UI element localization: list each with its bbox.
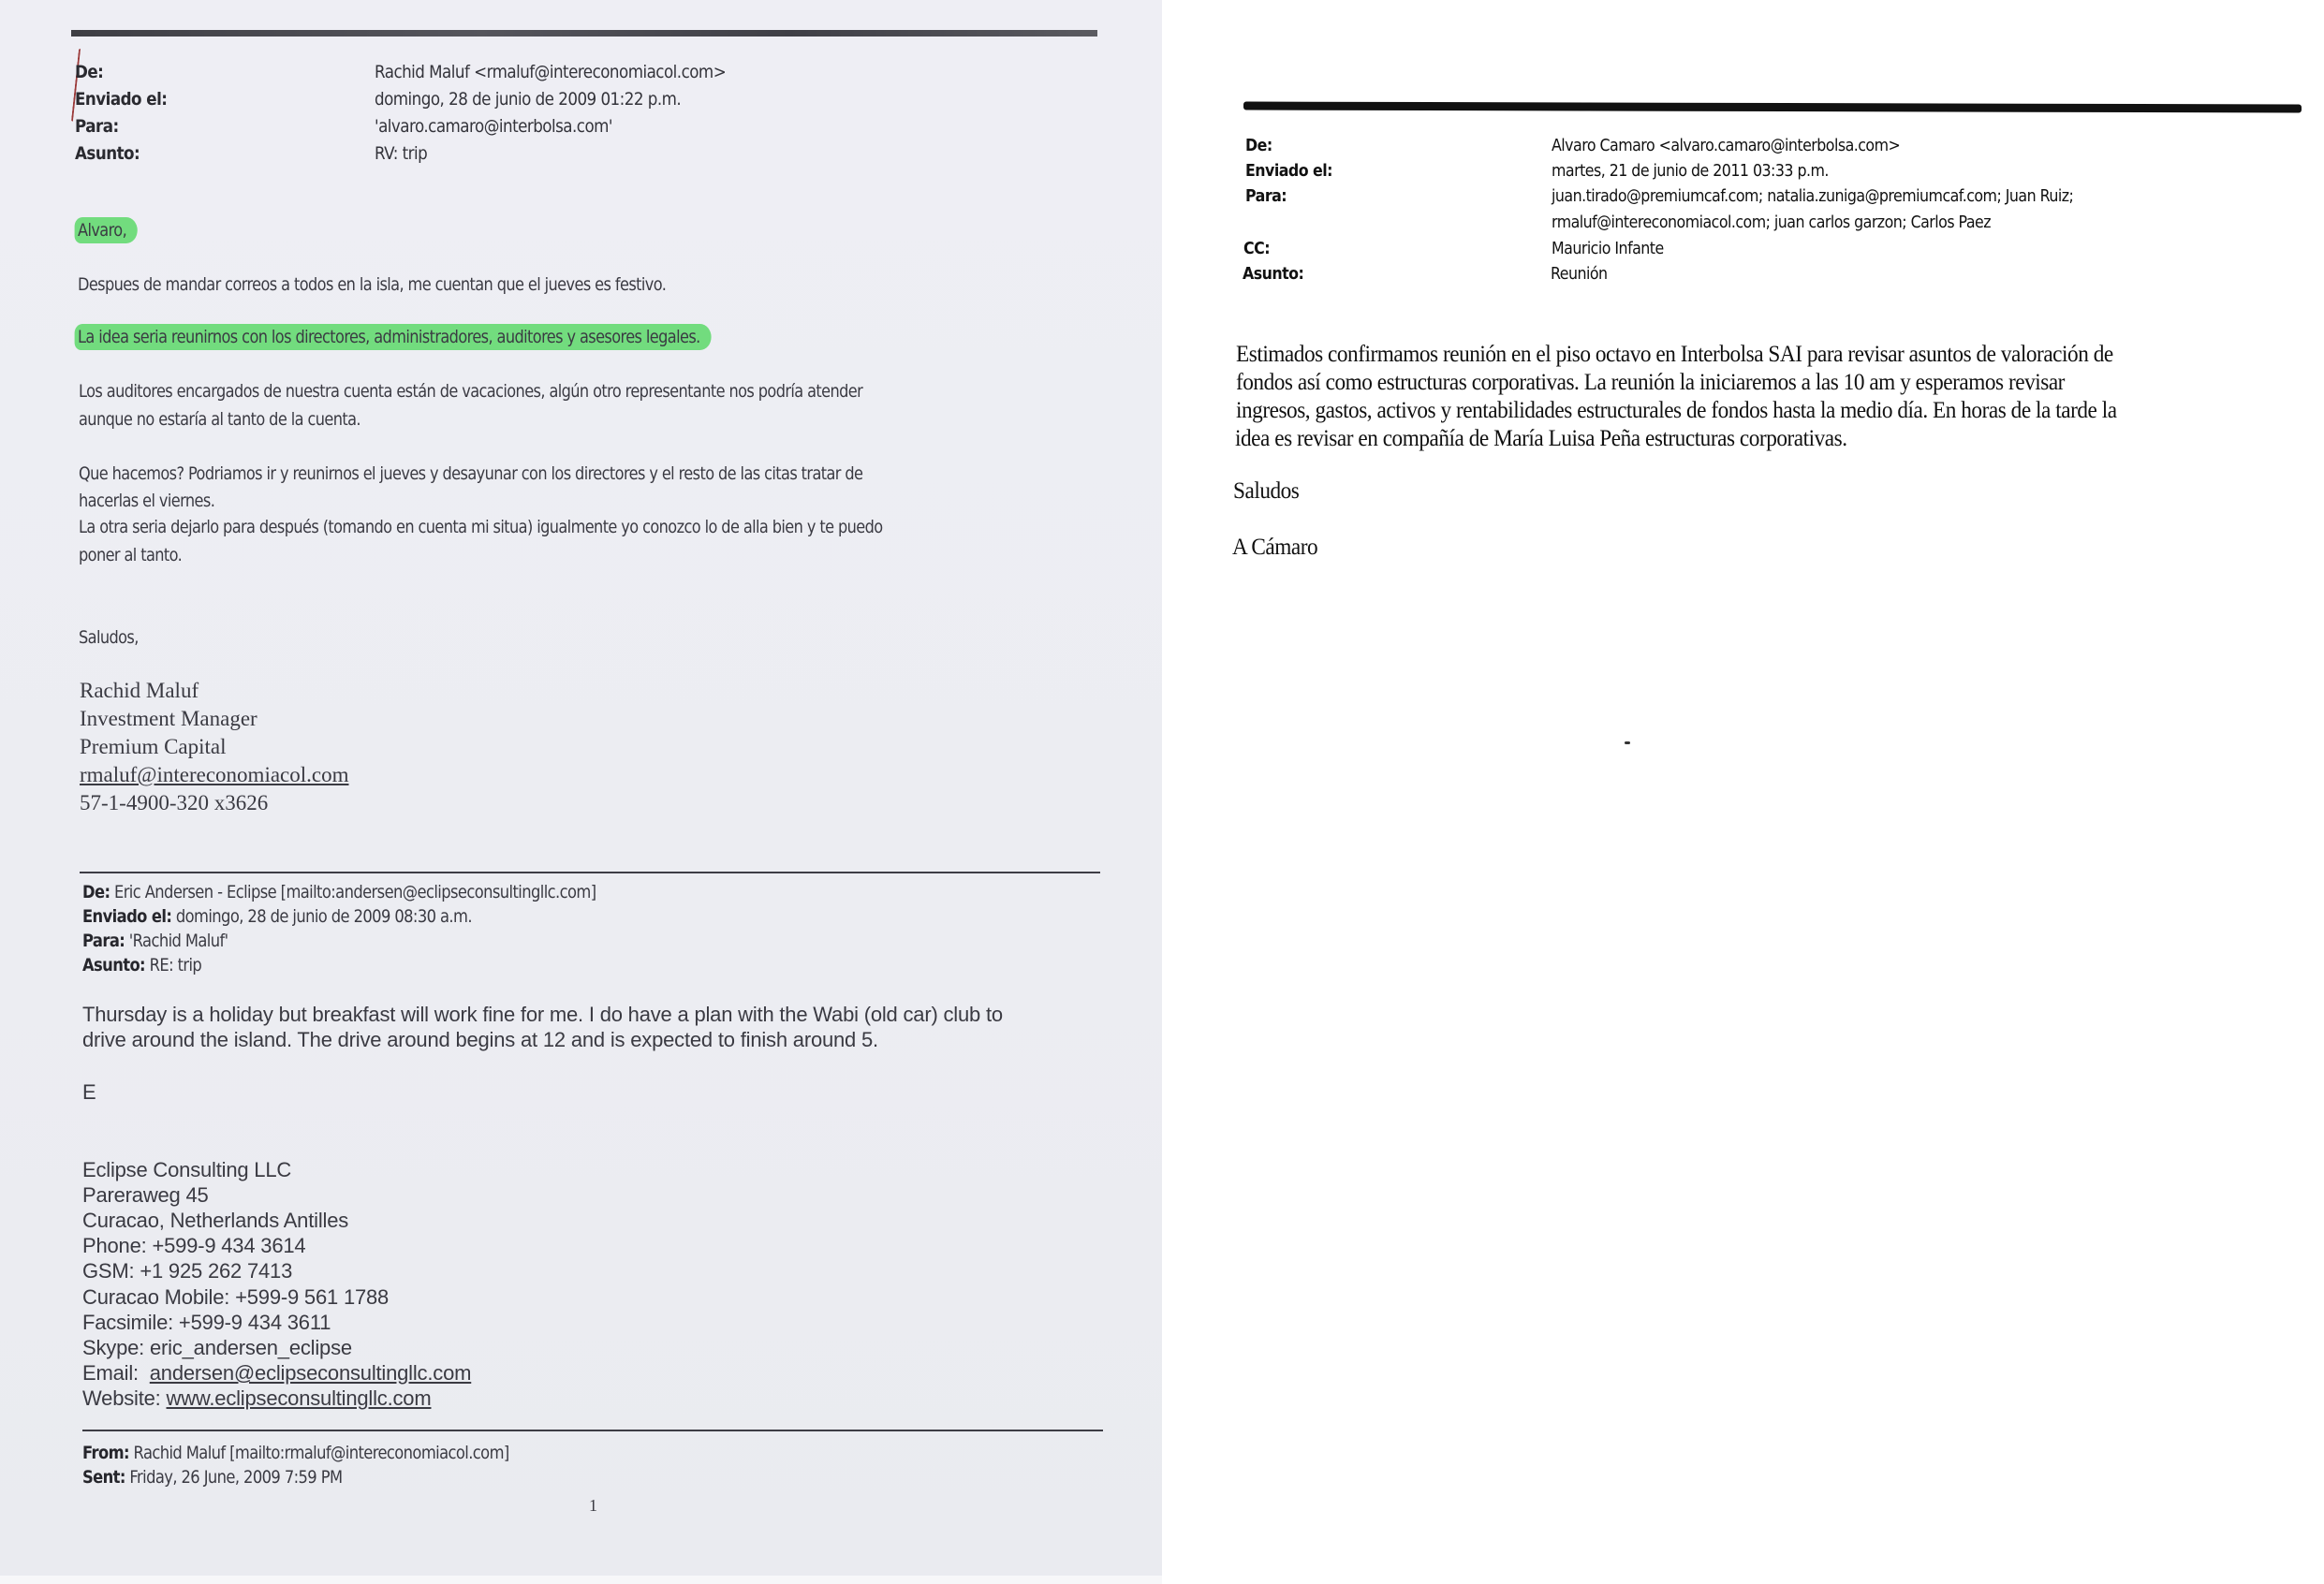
right-header-sent-value: martes, 21 de junio de 2011 03:33 p.m. (1552, 161, 1829, 181)
original-sent-value: Friday, 26 June, 2009 7:59 PM (129, 1467, 342, 1488)
body-paragraph-5-line-2: poner al tanto. (79, 545, 182, 565)
body-paragraph-3-line-1: Los auditores encargados de nuestra cuen… (79, 381, 862, 402)
body-paragraph-1: Despues de mandar correos a todos en la … (78, 274, 666, 295)
signature-company: Premium Capital (80, 735, 227, 759)
reply-label-sent: Enviado el: (82, 906, 171, 927)
reply-label-subject: Asunto: (82, 955, 145, 975)
signature-email-link[interactable]: rmaluf@intereconomiacol.com (80, 763, 349, 786)
body-paragraph-2: La idea seria reunirnos con los director… (78, 327, 712, 347)
right-scanned-page (1162, 0, 2324, 1584)
original-from-value: Rachid Maluf [mailto:rmaluf@intereconomi… (134, 1443, 509, 1463)
header-rule (71, 30, 1097, 37)
header-label-subject: Asunto: (75, 143, 140, 164)
reply-body-line-2: drive around the island. The drive aroun… (82, 1028, 878, 1052)
pen-mark (71, 49, 84, 122)
reply-subject-value: RE: trip (150, 955, 202, 975)
scan-speck (1625, 741, 1630, 744)
eclipse-email-label: Email: (82, 1361, 139, 1385)
highlighted-greeting: Alvaro, (75, 217, 138, 243)
page-number: 1 (589, 1496, 597, 1516)
right-closing: Saludos (1233, 478, 1299, 505)
right-signature: A Cámaro (1232, 535, 1317, 561)
right-header-to-value-line-2: rmaluf@intereconomiacol.com; juan carlos… (1552, 213, 1991, 232)
right-header-label-subject: Asunto: (1243, 264, 1303, 284)
original-label-from: From: (82, 1443, 129, 1463)
eclipse-email-link[interactable]: andersen@eclipseconsultingllc.com (150, 1361, 471, 1385)
reply-separator-rule (80, 872, 1100, 873)
body-paragraph-4-line-1: Que hacemos? Podriamos ir y reunirnos el… (79, 463, 862, 484)
reply-header-from: De: Eric Andersen - Eclipse [mailto:ande… (82, 882, 596, 902)
reply-sent-value: domingo, 28 de junio de 2009 08:30 a.m. (176, 906, 472, 927)
reply-label-from: De: (82, 882, 110, 902)
signature-title: Investment Manager (80, 707, 257, 731)
header-from-value: Rachid Maluf <rmaluf@intereconomiacol.co… (375, 62, 726, 82)
original-sent: Sent: Friday, 26 June, 2009 7:59 PM (82, 1467, 342, 1488)
eclipse-website-link[interactable]: www.eclipseconsultingllc.com (167, 1386, 432, 1410)
body-paragraph-3-line-2: aunque no estaría al tanto de la cuenta. (79, 409, 360, 430)
eclipse-skype: Skype: eric_andersen_eclipse (82, 1336, 352, 1360)
original-from: From: Rachid Maluf [mailto:rmaluf@intere… (82, 1443, 509, 1463)
signature-name: Rachid Maluf (80, 679, 199, 703)
body-paragraph-5-line-1: La otra seria dejarlo para después (toma… (79, 517, 883, 537)
reply-body-line-1: Thursday is a holiday but breakfast will… (82, 1003, 1003, 1027)
eclipse-fax: Facsimile: +599-9 434 3611 (82, 1311, 331, 1335)
eclipse-website-label: Website: (82, 1386, 161, 1410)
reply-header-to: Para: 'Rachid Maluf' (82, 931, 228, 951)
reply-from-value: Eric Andersen - Eclipse [mailto:andersen… (114, 882, 596, 902)
reply-header-subject: Asunto: RE: trip (82, 955, 201, 975)
eclipse-address-1: Pareraweg 45 (82, 1183, 209, 1208)
right-header-cc-value: Mauricio Infante (1552, 239, 1664, 258)
right-header-subject-value: Reunión (1551, 264, 1608, 284)
original-label-sent: Sent: (82, 1467, 125, 1488)
reply-to-value: 'Rachid Maluf' (129, 931, 228, 951)
highlighted-sentence: La idea seria reunirnos con los director… (75, 324, 712, 350)
greeting: Alvaro, (78, 220, 138, 241)
right-header-from-value: Alvaro Camaro <alvaro.camaro@interbolsa.… (1552, 136, 1900, 155)
right-header-to-value-line-1: juan.tirado@premiumcaf.com; natalia.zuni… (1552, 186, 2073, 206)
header-label-sent: Enviado el: (75, 89, 167, 110)
left-page-bottom-edge (0, 1576, 1162, 1584)
right-body-line-2: fondos así como estructuras corporativas… (1236, 370, 2065, 396)
right-header-label-to: Para: (1245, 186, 1287, 206)
reply-label-to: Para: (82, 931, 125, 951)
header-to-value: 'alvaro.camaro@interbolsa.com' (375, 116, 612, 137)
right-body-line-4: idea es revisar en compañía de María Lui… (1235, 426, 1847, 452)
eclipse-company: Eclipse Consulting LLC (82, 1158, 291, 1182)
eclipse-email: Email: andersen@eclipseconsultingllc.com (82, 1361, 471, 1386)
signature-email: rmaluf@intereconomiacol.com (80, 763, 349, 787)
right-header-label-sent: Enviado el: (1245, 161, 1332, 181)
header-label-from: De: (75, 62, 103, 82)
header-sent-value: domingo, 28 de junio de 2009 01:22 p.m. (375, 89, 681, 110)
header-subject-value: RV: trip (375, 143, 427, 164)
eclipse-phone: Phone: +599-9 434 3614 (82, 1234, 305, 1258)
body-paragraph-4-line-2: hacerlas el viernes. (79, 491, 214, 511)
eclipse-mobile: Curacao Mobile: +599-9 561 1788 (82, 1285, 389, 1310)
header-label-to: Para: (75, 116, 119, 137)
right-header-label-from: De: (1245, 136, 1272, 155)
original-separator-rule (82, 1430, 1103, 1431)
reply-initial: E (82, 1080, 96, 1105)
eclipse-website: Website: www.eclipseconsultingllc.com (82, 1386, 431, 1411)
right-header-label-cc: CC: (1243, 239, 1270, 258)
left-scanned-page: De: Enviado el: Para: Asunto: Rachid Mal… (0, 0, 1162, 1576)
closing: Saludos, (79, 627, 139, 648)
right-body-line-1: Estimados confirmamos reunión en el piso… (1236, 342, 2113, 368)
eclipse-address-2: Curacao, Netherlands Antilles (82, 1209, 348, 1233)
eclipse-gsm: GSM: +1 925 262 7413 (82, 1259, 292, 1283)
signature-phone: 57-1-4900-320 x3626 (80, 791, 268, 815)
reply-header-sent: Enviado el: domingo, 28 de junio de 2009… (82, 906, 472, 927)
right-body-line-3: ingresos, gastos, activos y rentabilidad… (1236, 398, 2117, 424)
